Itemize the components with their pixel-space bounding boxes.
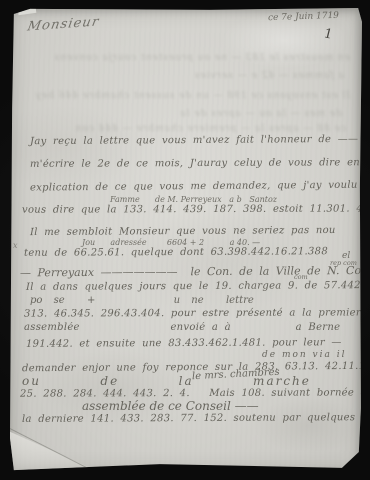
bleed-through-ghost-line: de mes — la ou — apres de la <box>62 110 342 119</box>
salutation: Monsieur <box>26 16 100 34</box>
scan-background: en moustres le 183 — ne ou praestent cou… <box>0 0 370 480</box>
body-line: explication de ce que vous me demandez, … <box>30 180 370 193</box>
interlinear-annotation: rep com <box>330 260 357 267</box>
manuscript-paper: en moustres le 183 — ne ou praestent cou… <box>10 8 362 472</box>
paper-tear-notch <box>18 6 37 15</box>
interlinear-decipherment: de mon via il <box>262 351 347 360</box>
date-line: ce 7e Juin 1719 <box>268 12 339 23</box>
body-line: Il a dans quelques jours que le 19. char… <box>26 281 364 293</box>
body-line: tenu de 66.25.61. quelque dont 63.398.44… <box>24 247 328 259</box>
body-line: 313. 46.345. 296.43.404. pour estre prés… <box>24 308 367 319</box>
body-line: 191.442. et ensuite une 83.433.462.1.481… <box>26 338 342 350</box>
bleed-through-ghost-line: Il est envoyons ce 198 — un de sussent c… <box>30 92 350 101</box>
body-line: assemblée envoié a à a Berne <box>24 323 340 333</box>
body-line: vous dire que la 133. 414. 439. 187. 398… <box>22 204 370 215</box>
corner-fold-highlight <box>8 426 104 474</box>
interlinear-decipherment: assemblée de ce Conseil —— <box>82 400 259 412</box>
body-line: — Perreyaux ——————— le Con. de la Ville … <box>20 265 370 279</box>
interlinear-decipherment: Famme de M. Perreyeux a b Santoz <box>110 196 277 204</box>
page-number: 1 <box>323 27 334 42</box>
body-line: Il me sembloit Monsieur que vous ne seri… <box>30 226 336 238</box>
margin-mark: x <box>13 242 18 250</box>
body-line: Jay reçu la lettre que vous m'avez fait … <box>30 135 358 147</box>
body-line: 25. 288. 284. 444. 443. 2. 4. Mais 108. … <box>20 388 370 399</box>
bleed-through-ghost-line: ce 88 — apres la — premiere chambre — 44… <box>26 125 346 134</box>
interlinear-decipherment: po se + u ne lettre <box>30 296 254 306</box>
body-line: m'écrire le 2e de ce mois, J'auray celuy… <box>30 158 370 170</box>
bleed-through-ghost-line: a fammes — 42 e — servies <box>44 72 344 81</box>
body-line: la derniere 141. 433. 283. 77. 152. sout… <box>22 413 370 425</box>
bleed-through-ghost-line: en moustres le 183 — ne ou praestent cou… <box>20 54 350 63</box>
